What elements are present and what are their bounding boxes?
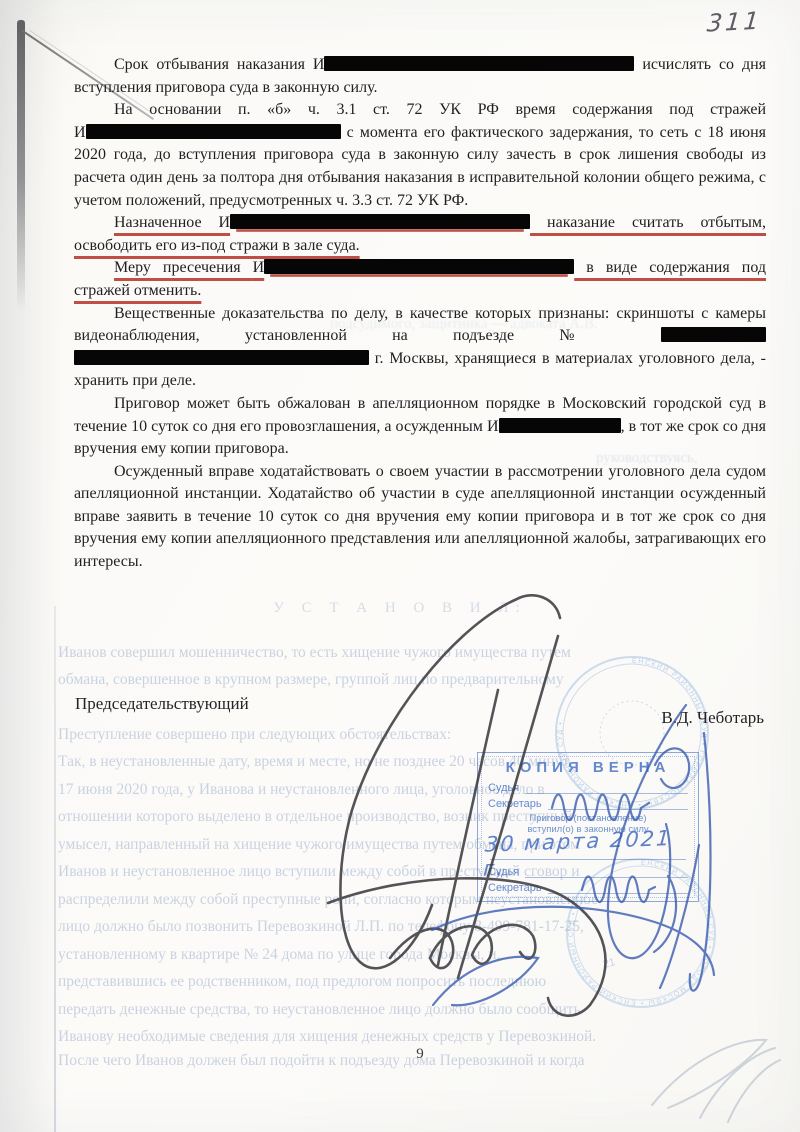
presiding-judge-label: Председательствующий	[75, 694, 249, 714]
paragraph: Срок отбывания наказания И исчислять со …	[74, 54, 766, 99]
redaction-box	[324, 56, 634, 71]
paragraph: Приговор может быть обжалован в апелляци…	[74, 393, 766, 461]
redacted-name-span	[661, 327, 766, 344]
page-number: 9	[350, 1046, 490, 1063]
copy-true-stamp: КОПИЯ ВЕРНА Судья Секретарь Приговор (по…	[477, 752, 699, 902]
redacted-name-span: И	[74, 124, 341, 141]
stamp-date-line	[490, 859, 686, 860]
bleedthrough-line: установленному в квартире № 24 дома по у…	[58, 946, 764, 964]
stamp-note-line1: Приговор (постановление)	[529, 813, 646, 824]
scanned-court-document-page: 311 У С Т А Н О В И Л: Иванов совершил м…	[0, 0, 800, 1132]
paragraph: На основании п. «б» ч. 3.1 ст. 72 УК РФ …	[74, 99, 766, 212]
bleedthrough-heading: У С Т А Н О В И Л:	[0, 600, 800, 617]
stamp-secretary-signature-line	[548, 797, 688, 810]
judge-name: В.Д. Чеботарь	[661, 708, 764, 728]
stamp-judge-label-2: Судья	[488, 866, 519, 878]
redaction-box	[264, 259, 574, 274]
redacted-name-span	[74, 350, 369, 367]
stamp-judge-label: Судья	[488, 782, 519, 794]
bleedthrough-line: лицо должно было позвонить Перевозкиной …	[58, 918, 764, 936]
document-text: Срок отбывания наказания И исчислять со …	[74, 54, 766, 574]
stamp-secretary-label: Секретарь	[488, 798, 542, 810]
redacted-name-span: И	[253, 259, 575, 276]
redaction-box	[86, 124, 341, 139]
stamp-title: КОПИЯ ВЕРНА	[478, 759, 698, 776]
stamp-judge-row: Судья	[488, 781, 688, 794]
stamp-secretary-label-2: Секретарь	[488, 882, 542, 894]
bleedthrough-line: представившись ее родственником, под пре…	[58, 973, 764, 991]
paragraph: Вещественные доказательства по делу, в к…	[74, 303, 766, 393]
bleedthrough-line: Иванову необходимые сведения для хищения…	[58, 1028, 764, 1046]
stamp-secretary-row-2: Секретарь	[488, 881, 688, 894]
paragraph: Осужденный вправе ходатайствовать о свое…	[74, 461, 766, 574]
paragraph-red-underlined: Меру пресечения И в виде содержания под …	[74, 257, 766, 302]
bleedthrough-line: Иванов совершил мошенничество, то есть х…	[58, 644, 764, 662]
bleedthrough-line: Преступление совершено при следующих обс…	[58, 726, 764, 744]
bleedthrough-line: обмана, совершенное в крупном размере, г…	[58, 671, 764, 689]
redaction-box	[74, 350, 369, 365]
stamp-secretary-signature-line-2	[548, 881, 688, 894]
redacted-name-span: И	[219, 214, 531, 231]
stamp-judge-signature-line-2	[525, 865, 688, 878]
redaction-box	[499, 418, 621, 433]
redaction-box	[661, 327, 766, 342]
bleedthrough-line: передать денежные средства, то неустанов…	[58, 1001, 764, 1019]
redacted-name-span: И	[487, 418, 621, 435]
stamp-judge-signature-line	[525, 781, 688, 794]
redacted-name-span: И	[313, 56, 635, 73]
paragraph-red-underlined: Назначенное И наказание считать отбытым,…	[74, 212, 766, 257]
stamp-secretary-row: Секретарь	[488, 797, 688, 810]
stamp-judge-row-2: Судья	[488, 865, 688, 878]
redaction-box	[230, 214, 530, 229]
